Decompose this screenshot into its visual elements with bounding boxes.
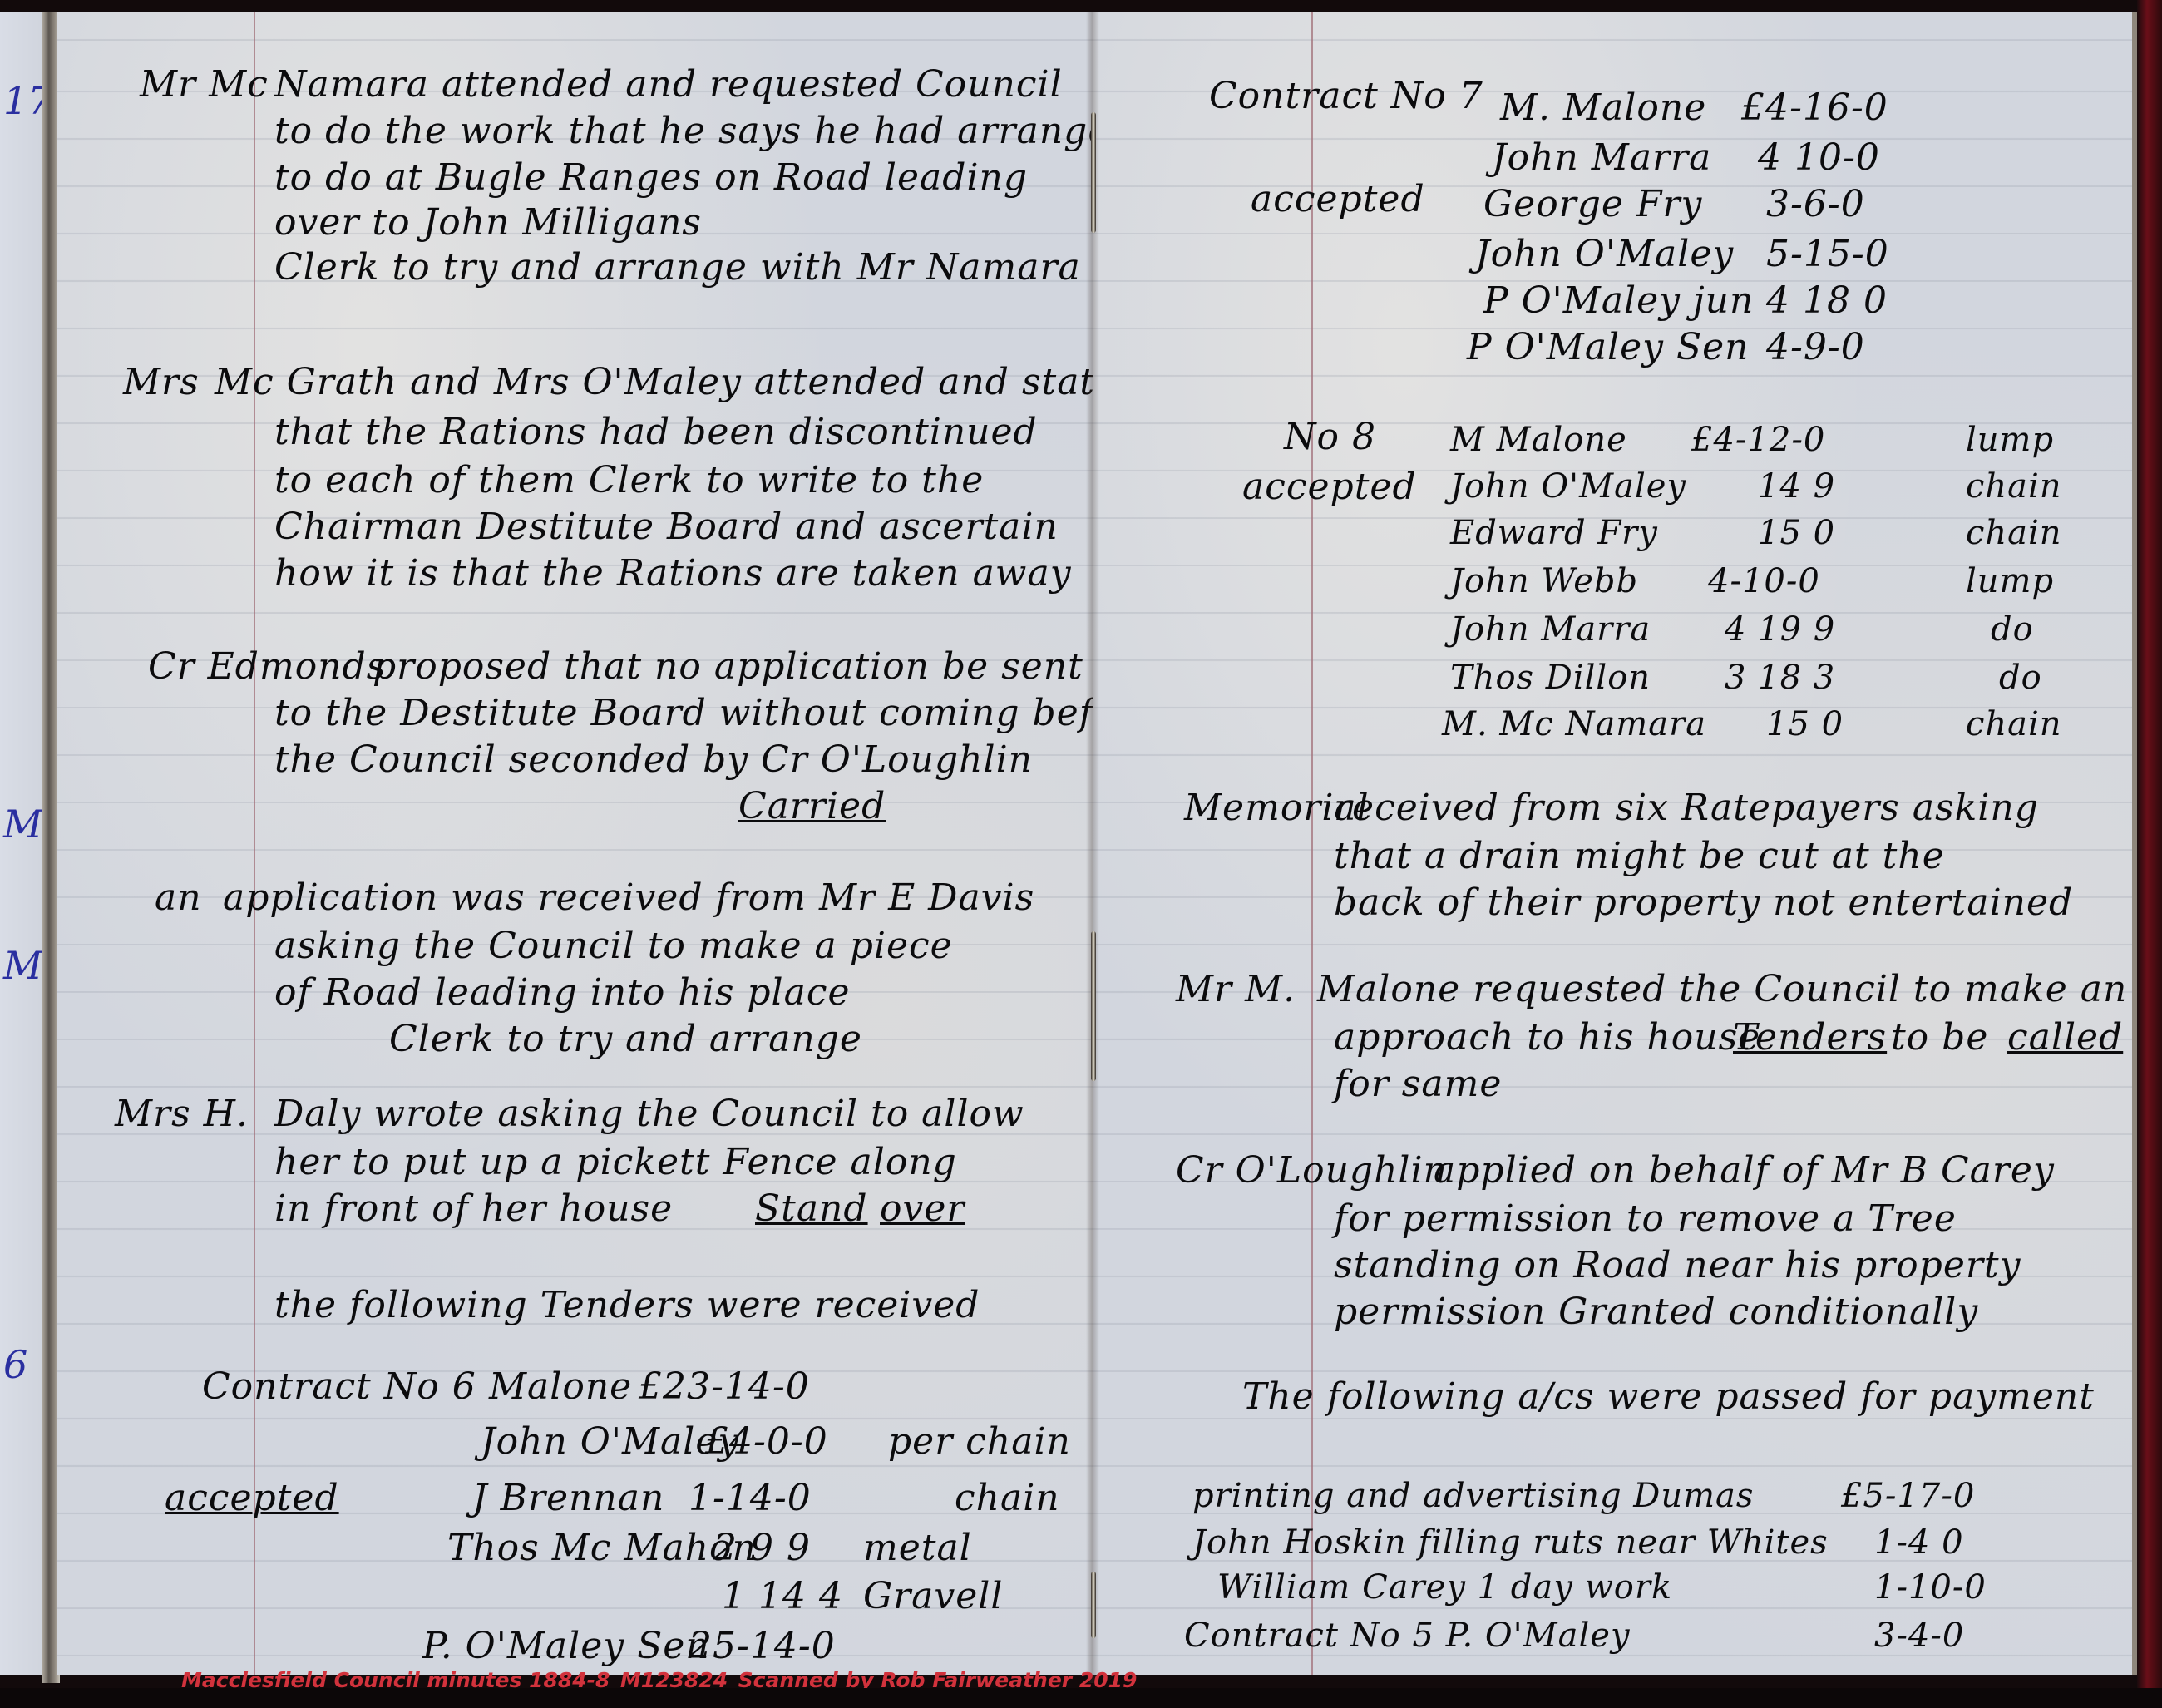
prev-fragment: 6 (3, 1342, 27, 1387)
underlined-word: Tenders (1733, 1016, 1887, 1059)
entry-margin: Cr O'Loughlin (1176, 1149, 1448, 1192)
payment-amount: 1-10-0 (1874, 1568, 1987, 1607)
tender-amount: 15 0 (1758, 514, 1835, 552)
decision-word: Stand (755, 1187, 868, 1230)
tender-name: John O'Maley (481, 1420, 739, 1463)
tender-amount: 4 10-0 (1758, 136, 1880, 179)
entry-line: for same (1334, 1063, 1502, 1105)
motion-result: Carried (738, 785, 886, 827)
tender-note: Gravell (863, 1575, 1003, 1617)
entry-line: her to put up a pickett Fence along (274, 1141, 957, 1183)
payment-item: printing and advertising Dumas (1192, 1477, 1754, 1515)
entry-line: that the Rations had been discontinued (274, 411, 1038, 453)
tender-name: Thos Dillon (1450, 659, 1651, 697)
payments-heading: The following a/cs were passed for payme… (1242, 1375, 2095, 1418)
tender-name: Malone (489, 1365, 632, 1408)
binding-stitch (1091, 931, 1096, 1081)
entry-line: proposed that no application be sent (373, 645, 1083, 688)
right-page: Contract No 7 accepted M. Malone £4-16-0… (1093, 12, 2137, 1675)
entry-line: how it is that the Rations are taken awa… (274, 552, 1072, 595)
tender-note: do (1999, 659, 2042, 697)
tender-name: J Brennan (472, 1477, 664, 1519)
entry-margin: Mr M. (1176, 968, 1296, 1010)
entry-line: of Road leading into his place (274, 971, 851, 1014)
entry-line: approach to his house (1334, 1016, 1760, 1059)
tender-amount: 3-6-0 (1766, 183, 1865, 225)
entry-line: back of their property not entertained (1334, 881, 2073, 924)
contract-status: accepted (1251, 178, 1425, 220)
tender-note: chain (955, 1477, 1060, 1519)
entry-margin: Mr Mc (140, 63, 269, 106)
entry-line: to each of them Clerk to write to the (274, 459, 984, 501)
underlined-word: called (2007, 1016, 2123, 1059)
entry-line: Daly wrote asking the Council to allow (274, 1093, 1024, 1135)
entry-action: Clerk to try and arrange (389, 1018, 862, 1060)
tender-amount: 4-10-0 (1708, 562, 1820, 600)
entry-line: to do the work that he says he had arran… (274, 110, 1093, 152)
entry-line: Chairman Destitute Board and ascertain (274, 506, 1059, 548)
tender-name: George Fry (1483, 183, 1702, 225)
tender-amount: 14 9 (1758, 467, 1835, 506)
entry-line: Clerk to try and arrange with Mr Namara (274, 246, 1081, 289)
contract-status: accepted (165, 1477, 339, 1519)
tender-name: M. Mc Namara (1442, 705, 1706, 743)
contract-label: Contract No 6 (202, 1365, 476, 1408)
entry-line: applied on behalf of Mr B Carey (1434, 1149, 2055, 1192)
tender-amount: 2 9 9 (713, 1527, 811, 1569)
decision-word: over (880, 1187, 965, 1230)
entry-line: received from six Ratepayers asking (1334, 787, 2039, 829)
tender-amount: 5-15-0 (1766, 233, 1889, 275)
contract-status: accepted (1242, 466, 1417, 508)
entry-line: standing on Road near his property (1334, 1244, 2021, 1286)
entry-line: in front of her house (274, 1187, 673, 1230)
payment-amount: 1-4 0 (1874, 1523, 1964, 1562)
entry-line: the Council seconded by Cr O'Loughlin (274, 738, 1033, 781)
entry-margin: Mrs (123, 361, 200, 403)
tender-amount: £4-12-0 (1691, 421, 1825, 459)
entry-line: Mc Grath and Mrs O'Maley attended and st… (215, 361, 1093, 403)
entry-line: over to John Milligans (274, 201, 702, 244)
entry-line: to do at Bugle Ranges on Road leading (274, 156, 1028, 199)
tender-note: chain (1966, 705, 2062, 743)
tender-name: M Malone (1450, 421, 1627, 459)
tender-note: lump (1966, 421, 2054, 459)
tender-name: John O'Maley (1475, 233, 1734, 275)
tender-name: P. O'Maley Sen (422, 1625, 710, 1667)
tender-amount: 25-14-0 (689, 1625, 836, 1667)
tender-name: Edward Fry (1450, 514, 1658, 552)
contract-label: No 8 (1284, 416, 1376, 458)
binding-stitch (1091, 112, 1096, 233)
entry-line: Malone requested the Council to make an (1317, 968, 2127, 1010)
margin-rule (1311, 12, 1313, 1675)
contract-label: Contract No 7 (1209, 75, 1483, 117)
tender-amount: £23-14-0 (639, 1365, 810, 1408)
tender-amount: £4-0-0 (705, 1420, 828, 1463)
entry-line: for permission to remove a Tree (1334, 1197, 1957, 1240)
tender-amount: 1-14-0 (689, 1477, 812, 1519)
entry-margin: an (155, 876, 202, 919)
tender-note: per chain (888, 1420, 1071, 1463)
entry-line: to the Destitute Board without coming be… (274, 692, 1093, 734)
entry-line: that a drain might be cut at the (1334, 835, 1945, 877)
entry-line: Namara attended and requested Council (274, 63, 1063, 106)
book-bottom-edge (0, 1688, 2162, 1708)
tender-name: John Webb (1450, 562, 1638, 600)
tender-name: John Marra (1450, 610, 1651, 649)
tender-name: John Marra (1492, 136, 1711, 179)
tender-amount: 4 19 9 (1725, 610, 1835, 649)
tender-note: chain (1966, 514, 2062, 552)
tender-amount: £4-16-0 (1741, 86, 1888, 129)
entry-line: permission Granted conditionally (1334, 1291, 1978, 1333)
tender-amount: 15 0 (1766, 705, 1844, 743)
entry-margin: Cr Edmonds (148, 645, 386, 688)
prev-fragment: M (3, 943, 42, 988)
payment-item: John Hoskin filling ruts near Whites (1192, 1523, 1829, 1562)
tender-note: chain (1966, 467, 2062, 506)
margin-rule (254, 12, 255, 1675)
tender-name: M. Malone (1500, 86, 1706, 129)
tender-note: metal (863, 1527, 972, 1569)
left-page: Mr Mc Namara attended and requested Coun… (57, 12, 1093, 1675)
payment-item: Contract No 5 P. O'Maley (1184, 1617, 1631, 1655)
tender-amount: 3 18 3 (1725, 659, 1835, 697)
tender-name: John O'Maley (1450, 467, 1686, 506)
tender-name: Thos Mc Mahon (447, 1527, 757, 1569)
binding-stitch (1091, 1572, 1096, 1638)
tender-name: P O'Maley Sen (1467, 326, 1750, 368)
payment-amount: 3-4-0 (1874, 1617, 1964, 1655)
tender-note: lump (1966, 562, 2054, 600)
tenders-heading: the following Tenders were received (274, 1284, 980, 1326)
entry-margin: Mrs H. (115, 1093, 249, 1135)
inline-word: to be (1891, 1016, 1988, 1059)
tender-name: P O'Maley jun (1483, 279, 1754, 322)
tender-amount: 4-9-0 (1766, 326, 1865, 368)
tender-amount: 4 18 0 (1766, 279, 1888, 322)
prev-fragment: M (3, 802, 42, 847)
entry-line: asking the Council to make a piece (274, 925, 953, 967)
tender-amount: 1 14 4 (722, 1575, 843, 1617)
payment-amount: £5-17-0 (1841, 1477, 1975, 1515)
payment-item: William Carey 1 day work (1217, 1568, 1672, 1607)
tender-note: do (1991, 610, 2034, 649)
book-gutter (1086, 12, 1099, 1683)
entry-line: application was received from Mr E Davis (223, 876, 1034, 919)
